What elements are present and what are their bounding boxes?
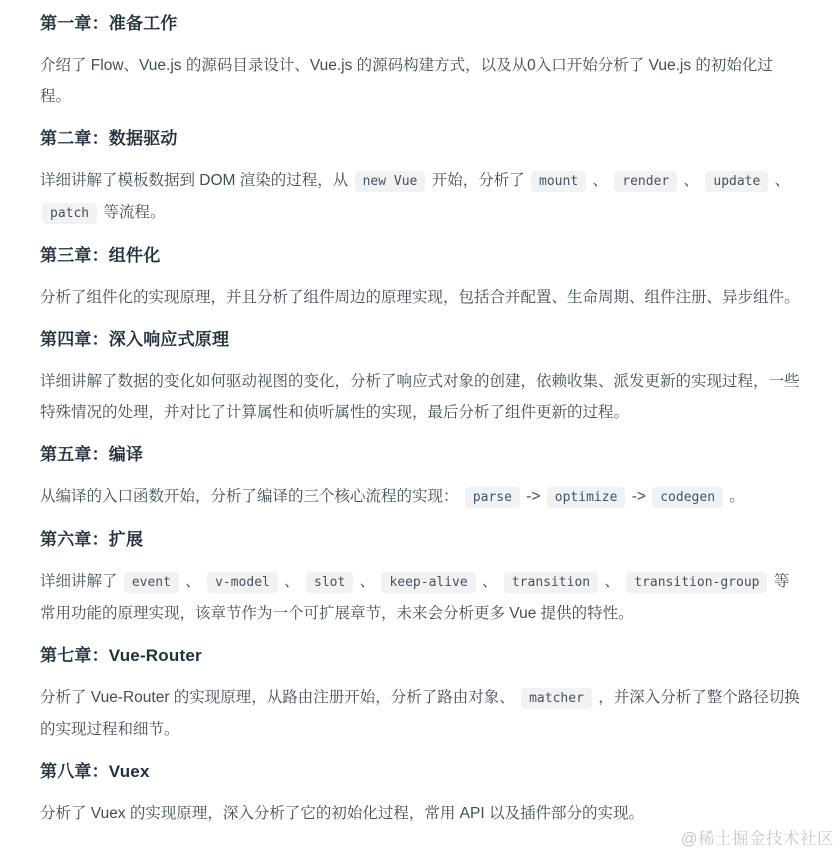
chapter-heading: 第三章：组件化 <box>40 244 800 268</box>
chapter-section: 第七章：Vue-Router分析了 Vue-Router 的实现原理，从路由注册… <box>40 644 800 745</box>
chapter-section: 第二章：数据驱动详细讲解了模板数据到 DOM 渲染的过程，从 new Vue 开… <box>40 127 800 229</box>
inline-code: new Vue <box>355 171 426 192</box>
chapter-heading: 第八章：Vuex <box>40 760 800 784</box>
chapter-heading: 第四章：深入响应式原理 <box>40 328 800 352</box>
chapter-paragraph: 详细讲解了模板数据到 DOM 渲染的过程，从 new Vue 开始，分析了 mo… <box>40 165 800 229</box>
chapter-heading: 第七章：Vue-Router <box>40 644 800 668</box>
inline-code: parse <box>465 487 520 508</box>
chapter-paragraph: 分析了组件化的实现原理，并且分析了组件周边的原理实现，包括合并配置、生命周期、组… <box>40 282 800 313</box>
chapter-paragraph: 详细讲解了数据的变化如何驱动视图的变化，分析了响应式对象的创建，依赖收集、派发更… <box>40 366 800 428</box>
inline-code: slot <box>306 572 353 593</box>
chapter-heading: 第五章：编译 <box>40 443 800 467</box>
chapter-paragraph: 分析了 Vue-Router 的实现原理，从路由注册开始，分析了路由对象、 ma… <box>40 682 800 745</box>
inline-code: transition <box>504 572 598 593</box>
chapter-section: 第八章：Vuex分析了 Vuex 的实现原理，深入分析了它的初始化过程，常用 A… <box>40 760 800 829</box>
chapter-heading: 第一章：准备工作 <box>40 12 800 36</box>
chapter-heading: 第二章：数据驱动 <box>40 127 800 151</box>
chapter-section: 第四章：深入响应式原理详细讲解了数据的变化如何驱动视图的变化，分析了响应式对象的… <box>40 328 800 428</box>
inline-code: mount <box>531 171 586 192</box>
inline-code: optimize <box>547 487 626 508</box>
inline-code: keep-alive <box>381 572 475 593</box>
inline-code: update <box>705 171 768 192</box>
inline-code: patch <box>42 203 97 224</box>
article-content: 第一章：准备工作介绍了 Flow、Vue.js 的源码目录设计、Vue.js 的… <box>0 0 840 829</box>
chapter-section: 第一章：准备工作介绍了 Flow、Vue.js 的源码目录设计、Vue.js 的… <box>40 12 800 112</box>
chapter-section: 第五章：编译从编译的入口函数开始，分析了编译的三个核心流程的实现： parse … <box>40 443 800 513</box>
inline-code: transition-group <box>626 572 767 593</box>
inline-code: codegen <box>652 487 723 508</box>
chapter-heading: 第六章：扩展 <box>40 528 800 552</box>
chapter-paragraph: 从编译的入口函数开始，分析了编译的三个核心流程的实现： parse -> opt… <box>40 481 800 513</box>
juejin-watermark: @稀土掘金技术社区 <box>681 825 834 849</box>
inline-code: matcher <box>521 688 592 709</box>
chapter-section: 第六章：扩展详细讲解了 event 、 v-model 、 slot 、 kee… <box>40 528 800 629</box>
inline-code: render <box>614 171 677 192</box>
chapter-section: 第三章：组件化分析了组件化的实现原理，并且分析了组件周边的原理实现，包括合并配置… <box>40 244 800 313</box>
inline-code: event <box>124 572 179 593</box>
chapter-paragraph: 详细讲解了 event 、 v-model 、 slot 、 keep-aliv… <box>40 566 800 629</box>
chapter-paragraph: 介绍了 Flow、Vue.js 的源码目录设计、Vue.js 的源码构建方式，以… <box>40 50 800 112</box>
inline-code: v-model <box>207 572 278 593</box>
